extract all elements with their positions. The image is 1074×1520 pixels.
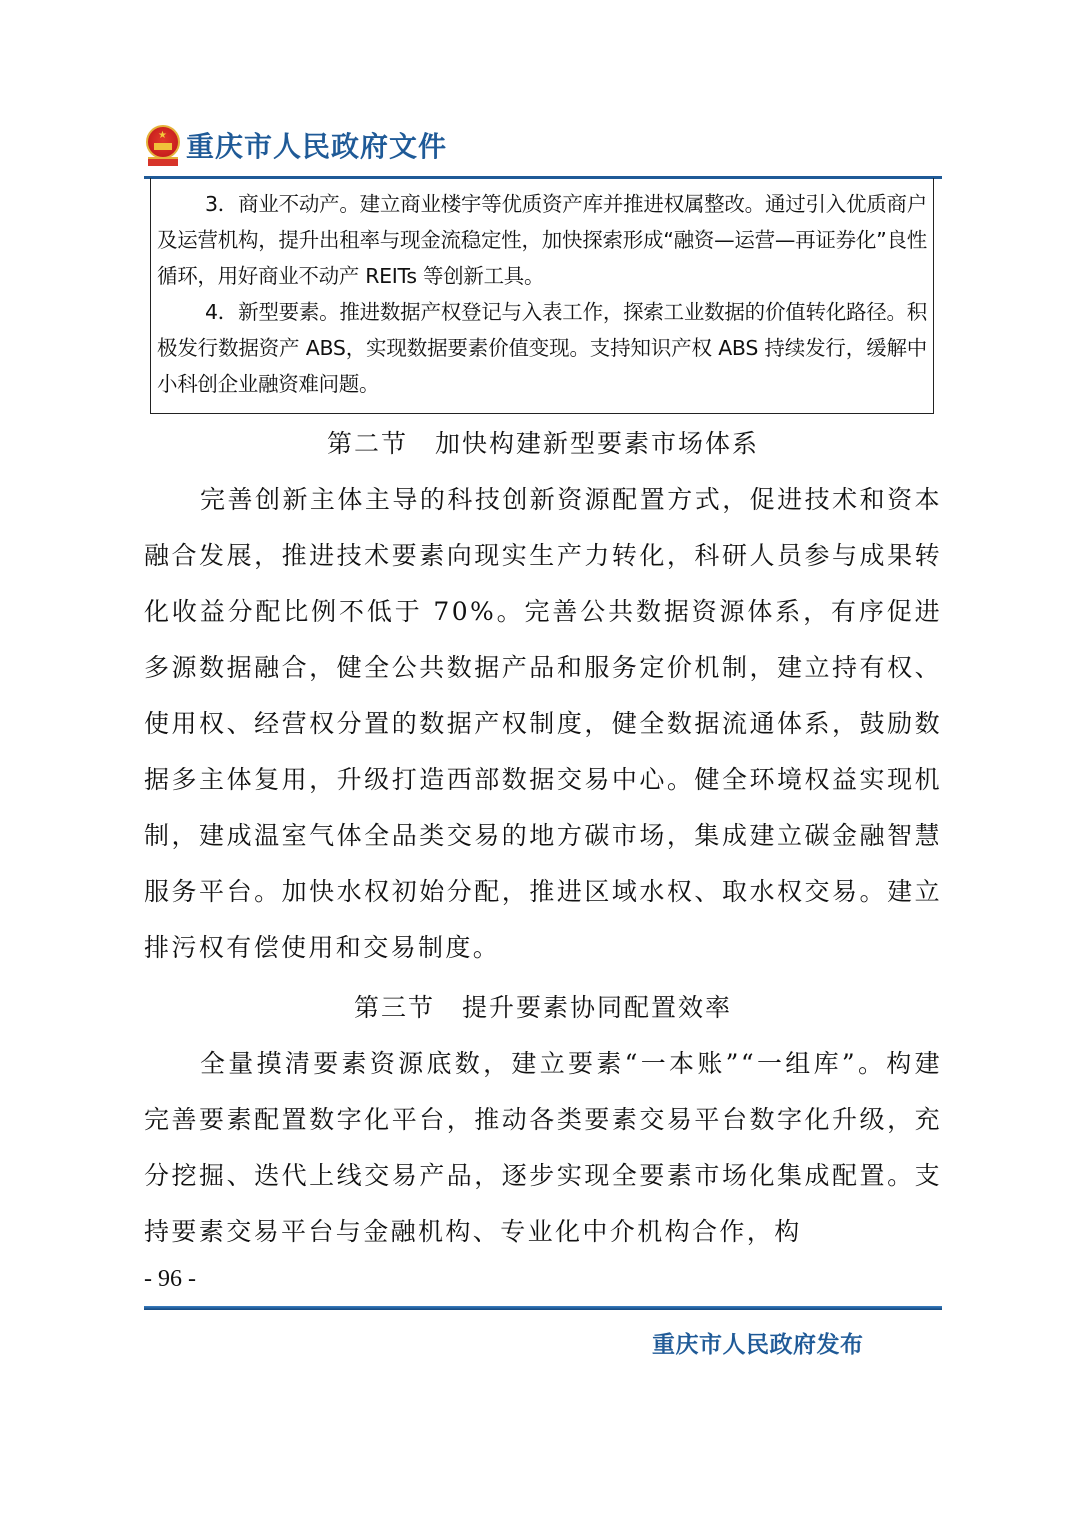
header-title: 重庆市人民政府文件 bbox=[186, 125, 447, 165]
section-title-2: 第二节 加快构建新型要素市场体系 bbox=[144, 424, 942, 460]
section-title-3: 第三节 提升要素协同配置效率 bbox=[144, 988, 942, 1024]
document-header: ★ 重庆市人民政府文件 bbox=[144, 120, 447, 170]
section-body-3: 全量摸清要素资源底数，建立要素“一本账”“一组库”。构建完善要素配置数字化平台，… bbox=[144, 1036, 942, 1260]
section-body-2: 完善创新主体主导的科技创新资源配置方式，促进技术和资本融合发展，推进技术要素向现… bbox=[144, 472, 942, 976]
boxed-note: 3．商业不动产。建立商业楼宇等优质资产库并推进权属整改。通过引入优质商户及运营机… bbox=[150, 178, 934, 414]
national-emblem-icon: ★ bbox=[144, 123, 182, 167]
footer-rule bbox=[144, 1306, 942, 1310]
box-paragraph-commercial-real-estate: 3．商业不动产。建立商业楼宇等优质资产库并推进权属整改。通过引入优质商户及运营机… bbox=[157, 186, 927, 294]
publisher-label: 重庆市人民政府发布 bbox=[652, 1326, 864, 1359]
page-number: - 96 - bbox=[144, 1266, 196, 1293]
box-paragraph-new-factors: 4．新型要素。推进数据产权登记与入表工作，探索工业数据的价值转化路径。积极发行数… bbox=[157, 294, 927, 402]
